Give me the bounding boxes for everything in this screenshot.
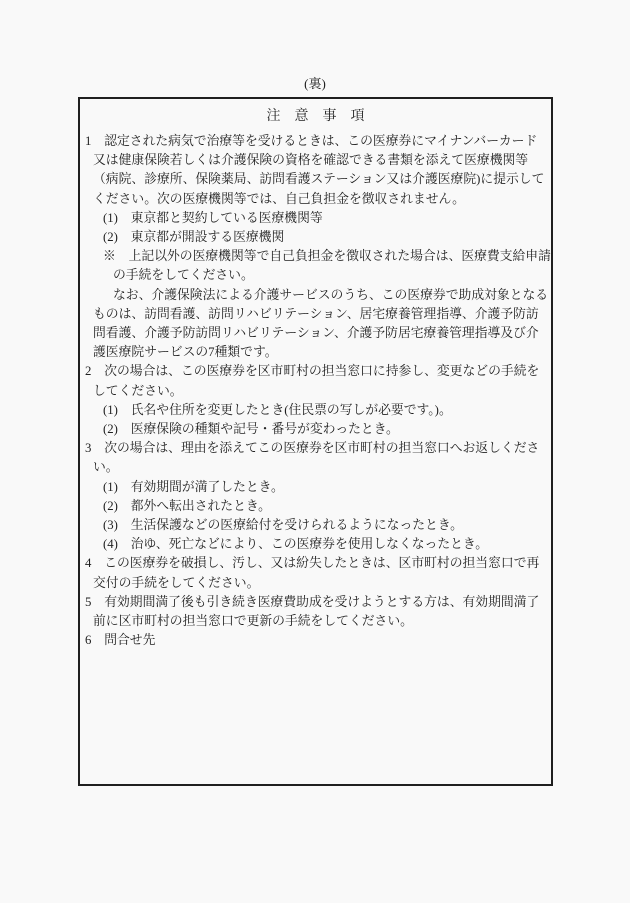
notice-title: 注 意 事 項 — [80, 109, 551, 125]
notice-line: (1) 氏名や住所を変更したとき(住民票の写しが必要です。)。 — [80, 401, 551, 420]
notice-line: してください。 — [80, 382, 551, 401]
notice-line: (2) 医療保険の種類や記号・番号が変わったとき。 — [80, 420, 551, 439]
notice-line: 6 問合せ先 — [80, 631, 551, 650]
notice-line: 護医療院サービスの7種類です。 — [80, 343, 551, 362]
notice-line: 交付の手続をしてください。 — [80, 574, 551, 593]
notice-line: 又は健康保険若しくは介護保険の資格を確認できる書類を添えて医療機関等 — [80, 151, 551, 170]
document-page: (裏) 注 意 事 項 1 認定された病気で治療等を受けるときは、この医療券にマ… — [0, 0, 630, 903]
notice-line: (3) 生活保護などの医療給付を受けられるようになったとき。 — [80, 516, 551, 535]
notice-line: ものは、訪問看護、訪問リハビリテーション、居宅療養管理指導、介護予防訪 — [80, 305, 551, 324]
notice-line: 5 有効期間満了後も引き続き医療費助成を受けようとする方は、有効期間満了 — [80, 593, 551, 612]
notice-line: い。 — [80, 458, 551, 477]
notice-line: (2) 都外へ転出されたとき。 — [80, 497, 551, 516]
notice-box: 注 意 事 項 1 認定された病気で治療等を受けるときは、この医療券にマイナンバ… — [78, 97, 553, 786]
notice-body: 1 認定された病気で治療等を受けるときは、この医療券にマイナンバーカード又は健康… — [80, 132, 551, 650]
notice-line: ※ 上記以外の医療機関等で自己負担金を徴収された場合は、医療費支給申請 — [80, 247, 551, 266]
page-side-label: (裏) — [0, 77, 630, 91]
notice-line: （病院、診療所、保険薬局、訪問看護ステーション又は介護医療院)に提示して — [80, 170, 551, 189]
notice-line: 前に区市町村の担当窓口で更新の手続をしてください。 — [80, 612, 551, 631]
notice-line: (2) 東京都が開設する医療機関 — [80, 228, 551, 247]
notice-line: 問看護、介護予防訪問リハビリテーション、介護予防居宅療養管理指導及び介 — [80, 324, 551, 343]
notice-line: (4) 治ゆ、死亡などにより、この医療券を使用しなくなったとき。 — [80, 535, 551, 554]
notice-line: 2 次の場合は、この医療券を区市町村の担当窓口に持参し、変更などの手続を — [80, 362, 551, 381]
notice-line: (1) 東京都と契約している医療機関等 — [80, 209, 551, 228]
notice-line: (1) 有効期間が満了したとき。 — [80, 478, 551, 497]
notice-line: 4 この医療券を破損し、汚し、又は紛失したときは、区市町村の担当窓口で再 — [80, 554, 551, 573]
notice-line: 1 認定された病気で治療等を受けるときは、この医療券にマイナンバーカード — [80, 132, 551, 151]
notice-line: ください。次の医療機関等では、自己負担金を徴収されません。 — [80, 190, 551, 209]
notice-line: 3 次の場合は、理由を添えてこの医療券を区市町村の担当窓口へお返しくださ — [80, 439, 551, 458]
notice-line: なお、介護保険法による介護サービスのうち、この医療券で助成対象となる — [80, 286, 551, 305]
notice-line: の手続をしてください。 — [80, 266, 551, 285]
